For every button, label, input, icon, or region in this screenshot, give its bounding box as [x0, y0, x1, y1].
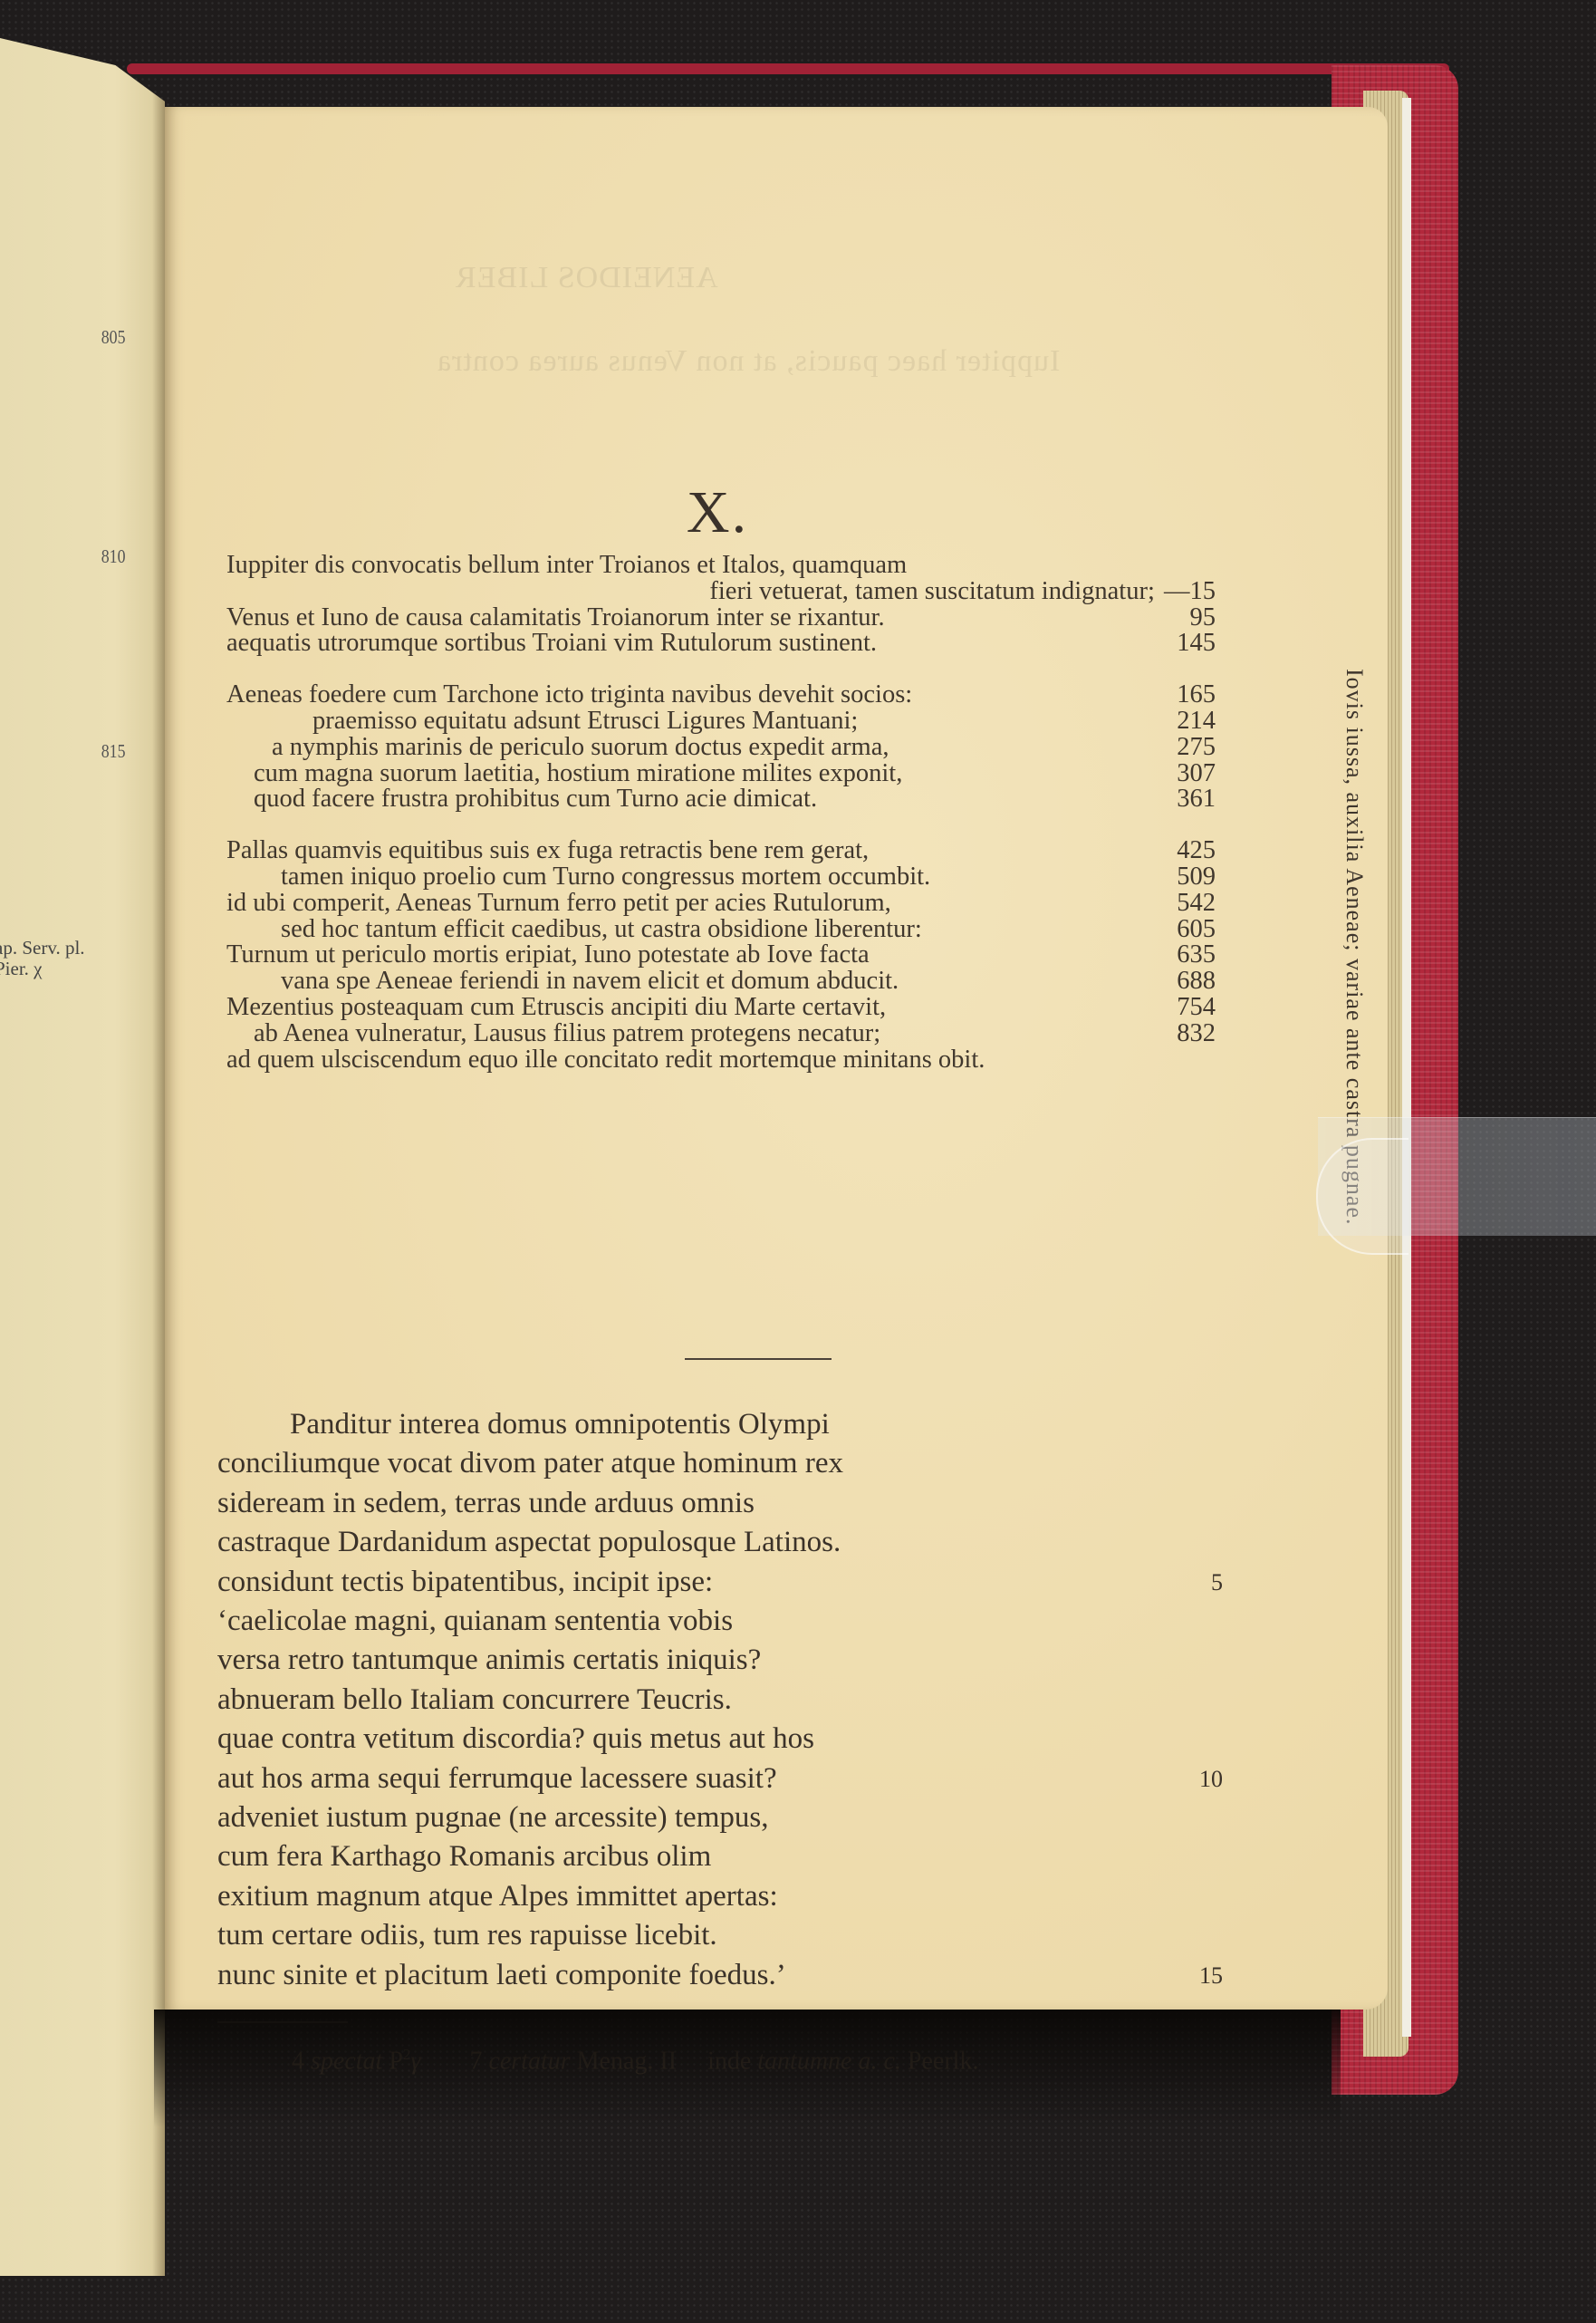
summary-line: Pallas quamvis equitibus suis ex fuga re…: [226, 838, 1216, 864]
bleed-through-text: Iuppiter haec paucis, at non Venus aurea…: [437, 344, 1060, 379]
verse-line: versa retro tantumque animis certatis in…: [217, 1641, 1223, 1680]
summary-line: aequatis utrorumque sortibus Troiani vim…: [226, 631, 1216, 657]
summary-line: ab Aenea vulneratur, Lausus filius patre…: [226, 1021, 1216, 1047]
verse-line: ‘caelicolae magni, quianam sententia vob…: [217, 1602, 1223, 1641]
verse-line: tum certare odiis, tum res rapuisse lice…: [217, 1916, 1223, 1955]
verse-line: abnueram bello Italiam concurrere Teucri…: [217, 1681, 1223, 1720]
verse-line: adveniet iustum pugnae (ne arcessite) te…: [217, 1798, 1223, 1837]
summary-group: Iuppiter dis convocatis bellum inter Tro…: [226, 553, 1216, 657]
book-cover-top-edge: [127, 63, 1449, 74]
verse-line: nunc sinite et placitum laeti componite …: [217, 1956, 1223, 1995]
facing-apparatus-fragment: Pier. χ: [0, 958, 43, 980]
summary-line: Mezentius posteaquam cum Etruscis ancipi…: [226, 995, 1216, 1021]
summary-line: quod facere frustra prohibitus cum Turno…: [226, 786, 1216, 813]
verse-line: sideream in sedem, terras unde arduus om…: [217, 1484, 1223, 1523]
verse-line: exitium magnum atque Alpes immittet aper…: [217, 1877, 1223, 1916]
summary-line: tamen iniquo proelio cum Turno congressu…: [226, 864, 1216, 891]
argument-summary: Iuppiter dis convocatis bellum inter Tro…: [226, 553, 1216, 1098]
verse-line: Panditur interea domus omnipotentis Olym…: [217, 1405, 1223, 1444]
bleed-through-text: AENEIDOS LIBER: [455, 261, 718, 295]
verse-number: 15: [1178, 1956, 1223, 1995]
section-divider: [685, 1358, 832, 1360]
summary-line: Venus et Iuno de causa calamitatis Troia…: [226, 605, 1216, 631]
summary-line: praemisso equitatu adsunt Etrusci Ligure…: [226, 708, 1216, 735]
facing-apparatus-fragment: ap. Serv. pl.: [0, 937, 85, 959]
summary-group: Aeneas foedere cum Tarchone icto trigint…: [226, 682, 1216, 813]
summary-line: id ubi comperit, Aeneas Turnum ferro pet…: [226, 891, 1216, 917]
summary-line: sed hoc tantum efficit caedibus, ut cast…: [226, 917, 1216, 943]
verse-number: 10: [1178, 1759, 1223, 1798]
verse-number: 5: [1178, 1563, 1223, 1602]
summary-line: cum magna suorum laetitia, hostium mirat…: [226, 761, 1216, 787]
facing-line-number: 805: [101, 326, 125, 349]
summary-line: Iuppiter dis convocatis bellum inter Tro…: [226, 553, 1216, 579]
page-bottom-shadow: [154, 2010, 1341, 2127]
summary-line: Turnum ut periculo mortis eripiat, Iuno …: [226, 942, 1216, 969]
summary-line: ad quem ulsciscendum equo ille concitato…: [226, 1047, 1216, 1074]
chapter-title: X.: [165, 478, 1388, 547]
verse-line: aut hos arma sequi ferrumque lacessere s…: [217, 1759, 1223, 1798]
verse-line: castraque Dardanidum aspectat populosque…: [217, 1523, 1223, 1562]
summary-line: a nymphis marinis de periculo suorum doc…: [226, 735, 1216, 761]
page-right: AENEIDOS LIBER Iuppiter haec paucis, at …: [165, 107, 1388, 2010]
verse-line: conciliumque vocat divom pater atque hom…: [217, 1444, 1223, 1483]
verse-line: considunt tectis bipatentibus, incipit i…: [217, 1563, 1223, 1602]
summary-group: Pallas quamvis equitibus suis ex fuga re…: [226, 838, 1216, 1073]
facing-page-left: 805 810 815 ap. Serv. pl. Pier. χ: [0, 38, 165, 2276]
verse-line: quae contra vetitum discordia? quis metu…: [217, 1720, 1223, 1759]
facing-line-number: 815: [101, 740, 125, 763]
summary-line: Aeneas foedere cum Tarchone icto trigint…: [226, 682, 1216, 708]
facing-line-number: 810: [101, 545, 125, 568]
endpaper-edge: [1402, 98, 1411, 2037]
summary-line: vana spe Aeneae feriendi in navem elicit…: [226, 969, 1216, 995]
gutter-shadow: [152, 38, 165, 2276]
summary-line: fieri vetuerat, tamen suscitatum indigna…: [226, 579, 1216, 605]
verse-text: Panditur interea domus omnipotentis Olym…: [217, 1405, 1223, 1995]
verse-line: cum fera Karthago Romanis arcibus olim: [217, 1837, 1223, 1876]
